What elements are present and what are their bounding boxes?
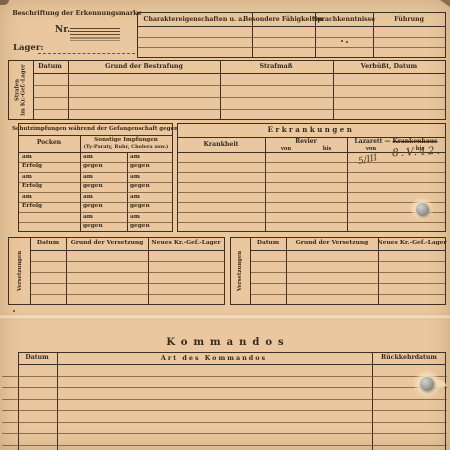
impfung-cell: Erfolg (22, 204, 42, 210)
col-neues-lager: Neues Kr.-Gef.-Lager (377, 240, 446, 246)
nr-label: Nr. (55, 26, 70, 35)
ruled-line (31, 261, 224, 262)
strafen-side-label-line2: im Kr.-Gef.-Lager (21, 64, 27, 115)
header-underline (137, 26, 446, 27)
ruled-line (2, 387, 447, 388)
header-underline (30, 250, 225, 251)
col-datum: Datum (257, 240, 279, 246)
col-rueckkehrdatum: Rückkehrdatum (381, 355, 437, 361)
col-revier: Revier (295, 139, 317, 145)
ruled-line (31, 283, 224, 284)
col-sonstige-impfungen-sub: (Ty-Paraty, Ruhr, Cholera usw.) (84, 145, 169, 150)
ink-speck (346, 41, 348, 43)
ruled-line (2, 445, 447, 446)
col-grund-der-versetzung: Grund der Versetzung (71, 240, 144, 246)
col-charaktereigenschaften: Charaktereigenschaften u. a. (144, 17, 245, 23)
column-divider (57, 352, 58, 450)
impfung-cell: am (83, 155, 93, 161)
impfung-cell: gegen (130, 204, 150, 210)
impfung-cell: gegen (83, 224, 103, 230)
ruled-line (178, 162, 445, 163)
impfung-cell: Erfolg (22, 184, 42, 190)
col-lazarett-krankenhaus: Lazarett —Krankenhaus (355, 139, 438, 145)
ruled-line (178, 192, 445, 193)
ruled-line (31, 272, 224, 273)
impfung-cell: gegen (83, 164, 103, 170)
pow-record-card: Beschriftung der Erkennungsmarke Nr. Lag… (0, 0, 450, 450)
krankenhaus-struck-label: Krankenhaus (393, 138, 438, 145)
revier-bis-label: bis (323, 147, 332, 152)
fold-crease (0, 313, 450, 320)
kommandos-table (18, 352, 446, 450)
ruled-line (34, 97, 445, 98)
col-fuehrung: Führung (394, 17, 424, 23)
ink-speck (13, 310, 15, 312)
ruled-line (178, 222, 445, 223)
header-underline (18, 364, 446, 365)
lazarett-label: Lazarett — (355, 138, 391, 145)
strafen-side-label-line1: Strafen (14, 79, 20, 101)
ruled-line (251, 283, 445, 284)
erkrankungen-title: Erkrankungen (268, 126, 355, 133)
lager-fill-line (38, 53, 135, 54)
lazarett-von-label: von (366, 147, 376, 152)
ruled-line (138, 47, 445, 48)
column-divider (372, 352, 373, 450)
side-label-divider (33, 60, 34, 120)
col-datum: Datum (38, 64, 62, 70)
impfung-cell: gegen (83, 204, 103, 210)
ruled-line (31, 294, 224, 295)
impfung-cell: gegen (130, 184, 150, 190)
column-divider (68, 60, 69, 120)
impfung-cell: gegen (83, 184, 103, 190)
header-underline (18, 152, 173, 153)
impfungen-title: Schutzimpfungen während der Gefangenscha… (12, 127, 178, 133)
scan-edge-mark (0, 0, 9, 5)
column-divider (80, 135, 81, 232)
col-pocken: Pocken (37, 140, 61, 146)
ruled-line (178, 172, 445, 173)
impfung-cell: am (130, 215, 140, 221)
strafen-side-label: Strafen im Kr.-Gef.-Lager (14, 64, 27, 115)
col-grund-der-versetzung: Grund der Versetzung (296, 240, 369, 246)
col-sprachkenntnisse: Sprachkenntnisse (313, 17, 375, 23)
impfung-cell: am (130, 155, 140, 161)
ruled-line (2, 376, 447, 377)
impfung-cell: am (130, 175, 140, 181)
col-datum: Datum (37, 240, 59, 246)
ink-speck (341, 40, 343, 42)
col-art-des-kommandos: Art des Kommandos (161, 355, 267, 361)
col-strafmass: Strafmaß (259, 64, 292, 70)
grommet (420, 377, 434, 391)
impfung-cell: am (22, 155, 32, 161)
kommandos-title: Kommandos (166, 338, 289, 348)
header-underline (250, 250, 446, 251)
ruled-line (19, 212, 172, 213)
ruled-line (251, 272, 445, 273)
ruled-line (19, 192, 172, 193)
ruled-line (138, 37, 445, 38)
ruled-line (178, 212, 445, 213)
ruled-line (2, 410, 447, 411)
col-datum: Datum (25, 355, 48, 361)
column-divider (333, 60, 334, 120)
ruled-line (251, 294, 445, 295)
nr-ruled-lines (70, 28, 120, 41)
impfung-cell: Erfolg (22, 164, 42, 170)
ruled-line (19, 172, 172, 173)
ruled-line (178, 182, 445, 183)
col-besondere-faehigkeiten: Besondere Fähigkeiten (243, 17, 323, 23)
impfung-cell: am (130, 195, 140, 201)
ruled-line (34, 85, 445, 86)
ruled-line (251, 261, 445, 262)
impfung-cell: am (22, 195, 32, 201)
versetzungen-side-label: Versetzungen (237, 251, 243, 291)
ruled-line (2, 422, 447, 423)
impfung-cell: am (83, 195, 93, 201)
beschriftung-label: Beschriftung der Erkennungsmarke (12, 10, 141, 16)
impfung-cell: am (83, 215, 93, 221)
ruled-line (178, 202, 445, 203)
ruled-line (34, 109, 445, 110)
impfung-cell: am (83, 175, 93, 181)
col-krankheit: Krankheit (203, 142, 238, 148)
revier-von-label: von (281, 147, 291, 152)
lager-label: Lager: (13, 44, 43, 53)
col-sonstige-impfungen: Sonstige Impfungen (94, 138, 158, 144)
impfung-cell: am (22, 175, 32, 181)
col-neues-lager: Neues Kr.-Gef.-Lager (151, 240, 220, 246)
column-divider (220, 60, 221, 120)
col-grund-der-bestrafung: Grund der Bestrafung (105, 64, 183, 70)
impfung-cell: gegen (130, 224, 150, 230)
col-verbuesst-datum: Verbüßt, Datum (361, 64, 417, 70)
ruled-line (2, 433, 447, 434)
scan-edge-mark (440, 0, 450, 7)
header-underline (33, 73, 446, 74)
grommet (416, 203, 429, 216)
ruled-line (2, 399, 447, 400)
impfung-cell: gegen (130, 164, 150, 170)
versetzungen-side-label: Versetzungen (16, 251, 22, 291)
